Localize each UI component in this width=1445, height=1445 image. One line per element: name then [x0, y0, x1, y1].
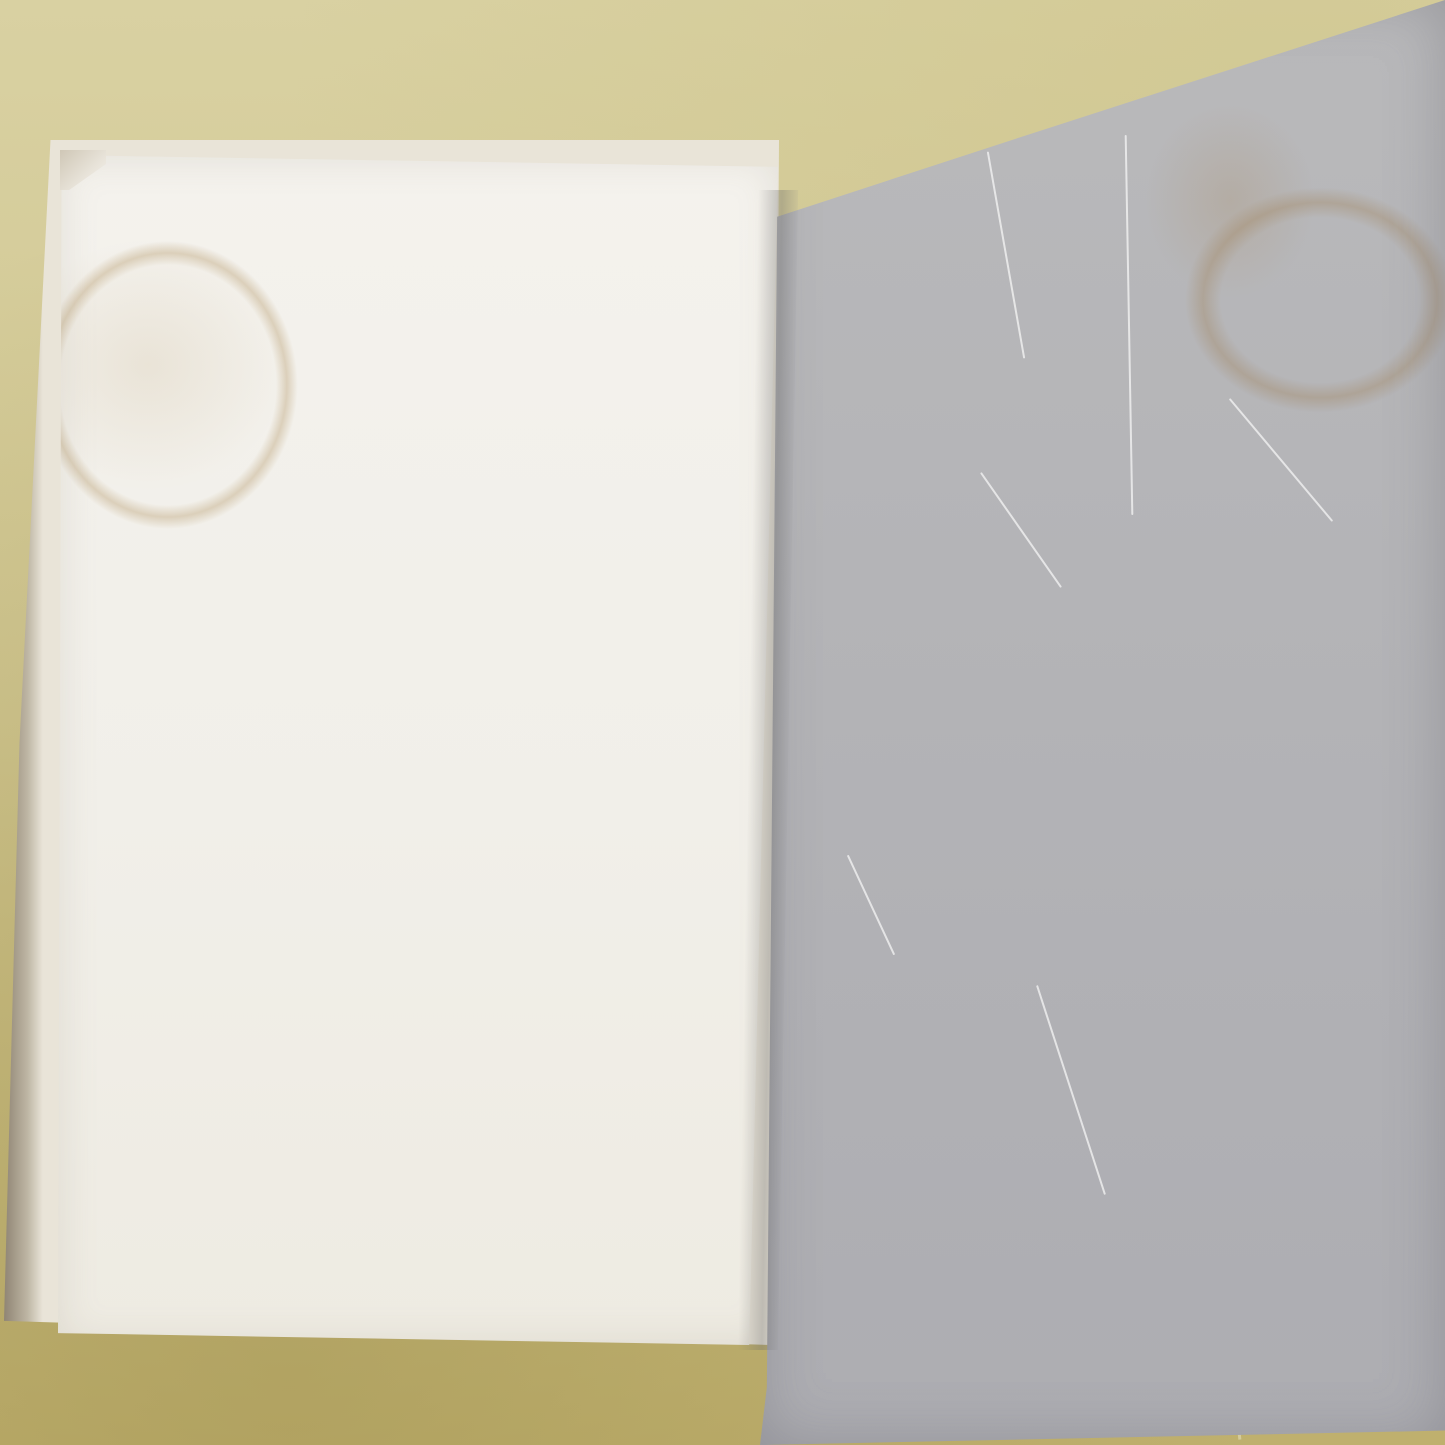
paper-crease [847, 855, 895, 956]
right-grey-cover-page [760, 0, 1445, 1445]
paper-crease [1229, 398, 1333, 522]
left-blank-page [58, 155, 778, 1345]
paper-crease [987, 151, 1025, 358]
paper-crease [1125, 135, 1134, 515]
paper-crease [1036, 985, 1106, 1195]
paper-crease [980, 472, 1062, 588]
